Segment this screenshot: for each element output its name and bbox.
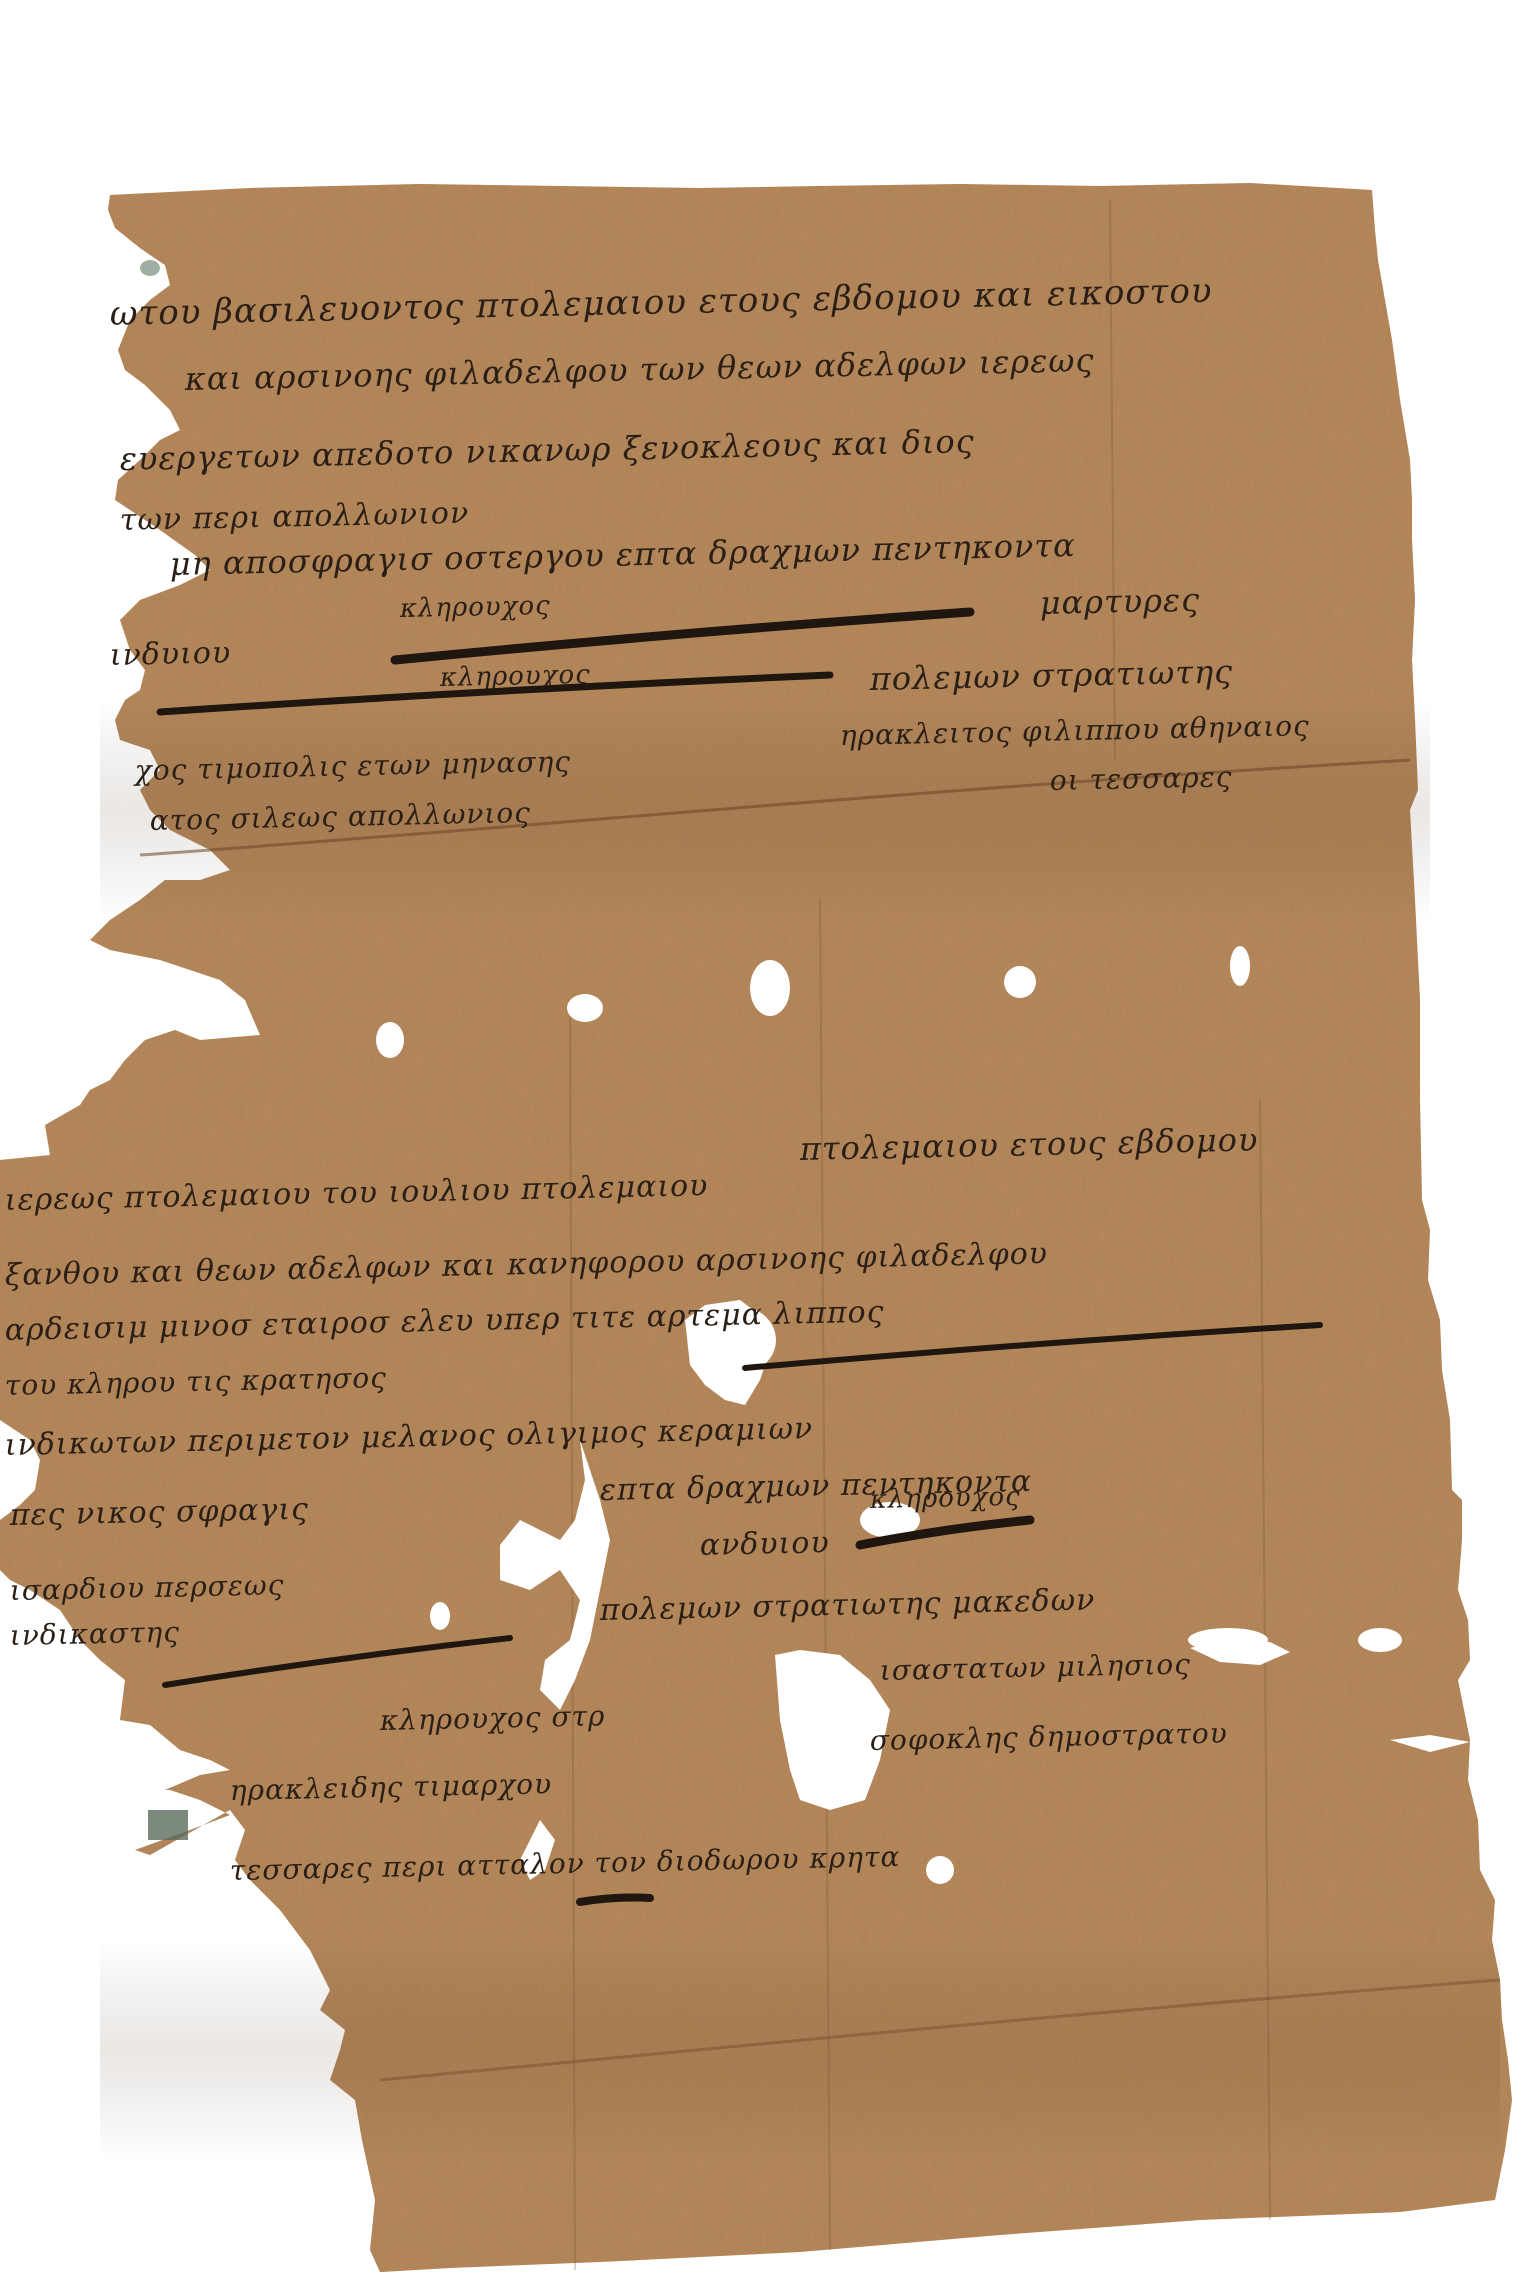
hole-4: [1004, 966, 1036, 998]
upper-text-line: μαρτυρες: [1039, 581, 1200, 622]
mount-stain: [148, 1810, 188, 1840]
lower-text-line: πες νικος σφραγις: [8, 1492, 309, 1533]
lower-text-line: ισαστατων μιλησιος: [879, 1647, 1191, 1687]
hole-11: [1358, 1628, 1402, 1652]
papyrus-photo: ωτου βασιλευοντος πτολεμαιου ετους εβδομ…: [0, 0, 1536, 2288]
hole-9: [926, 1856, 954, 1884]
hole-3: [750, 960, 790, 1016]
hole-2: [567, 994, 603, 1022]
papyrus-canvas: ωτου βασιλευοντος πτολεμαιου ετους εβδομ…: [0, 0, 1536, 2288]
upper-text-line: οι τεσσαρες: [1049, 760, 1232, 797]
stain-band: [100, 1940, 1500, 2160]
hole-1: [376, 1022, 404, 1058]
lower-text-line: ανδυιου: [699, 1525, 830, 1563]
mount-stain: [140, 260, 160, 276]
lower-text-line: ηρακλειδης τιμαρχου: [229, 1767, 552, 1807]
hole-5: [1230, 946, 1250, 986]
upper-text-line: των περι απολλωνιον: [119, 496, 469, 538]
lower-text-line: κληρουχος: [869, 1482, 1021, 1515]
upper-text-line: πολεμων στρατιωτης: [868, 652, 1233, 698]
hole-10: [1188, 1628, 1268, 1652]
strikethrough-mark: [580, 1898, 650, 1903]
upper-text-line: κληρουχος: [399, 591, 551, 624]
upper-text-line: ινδυιου: [109, 635, 231, 673]
lower-text-line: ινδικαστης: [9, 1615, 180, 1652]
hole-8: [430, 1602, 450, 1630]
lower-text-line: κληρουχος στρ: [378, 1699, 605, 1737]
papyrus-sheet: [0, 183, 1512, 2272]
lower-text-line: ισαρδιου περσεως: [9, 1568, 284, 1607]
